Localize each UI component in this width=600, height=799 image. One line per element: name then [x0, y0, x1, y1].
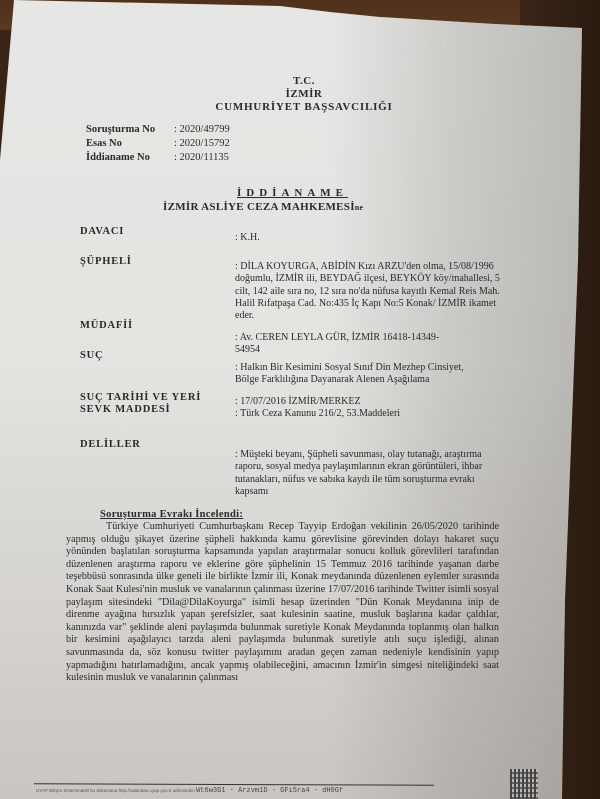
- header-office: CUMHURİYET BAŞSAVCILIĞI: [4, 101, 600, 113]
- label-sevk-maddesi: SEVK MADDESİ: [80, 404, 170, 415]
- footer-verification: UYAP Bilişim Sistemindeki bu dokümana ht…: [36, 787, 476, 795]
- header-tc: T.C.: [4, 75, 600, 87]
- document-content: T.C. İZMİR CUMHURİYET BAŞSAVCILIĞI Soruş…: [0, 0, 600, 799]
- label-deliller: DELİLLER: [80, 439, 141, 450]
- meta-sorusturma-no: Soruşturma No: 2020/49799: [86, 124, 230, 135]
- header-city: İZMİR: [4, 88, 600, 100]
- paper-sheet: T.C. İZMİR CUMHURİYET BAŞSAVCILIĞI Soruş…: [0, 0, 600, 799]
- footer-text: UYAP Bilişim Sistemindeki bu dokümana ht…: [36, 788, 195, 793]
- label-suc: SUÇ: [80, 350, 103, 361]
- meta-iddianame-no: İddianame No: 2020/11135: [86, 152, 229, 163]
- court-name: İZMİR ASLİYE CEZA MAHKEMESİne: [163, 201, 363, 213]
- value-mudafi: : Av. CEREN LEYLA GÜR, İZMİR 16418-14349…: [235, 332, 445, 357]
- meta-value: : 2020/11135: [174, 152, 229, 163]
- meta-esas-no: Esas No: 2020/15792: [86, 138, 230, 149]
- value-suc: : Halkın Bir Kesimini Sosyal Sınıf Din M…: [235, 362, 465, 387]
- value-supheli: : DİLA KOYURGA, ABİDİN Kızı ARZU'den olm…: [235, 261, 510, 322]
- footer-divider: [34, 783, 434, 785]
- label-mudafi: MÜDAFİİ: [80, 320, 133, 331]
- court-suffix: ne: [355, 203, 364, 212]
- document-title: İDDİANAME: [237, 187, 348, 199]
- value-sevk-maddesi: : Türk Ceza Kanunu 216/2, 53.Maddeleri: [235, 408, 510, 420]
- value-davaci: : K.H.: [235, 232, 510, 244]
- body-paragraph: Türkiye Cumhuriyeti Cumhurbaşkanı Recep …: [66, 521, 499, 685]
- value-suc-tarihi: : 17/07/2016 İZMİR/MERKEZ: [235, 396, 510, 408]
- meta-value: : 2020/15792: [174, 138, 230, 149]
- meta-label: İddianame No: [86, 152, 174, 163]
- footer-code: Wt6w3G1 - Arzvm1D - GFi5ra4 - dH0Gf: [196, 787, 343, 795]
- court-name-text: İZMİR ASLİYE CEZA MAHKEMESİ: [163, 201, 355, 213]
- body-text: Türkiye Cumhuriyeti Cumhurbaşkanı Recep …: [66, 521, 499, 685]
- label-suc-tarihi: SUÇ TARİHİ VE YERİ: [80, 392, 201, 403]
- label-davaci: DAVACI: [80, 226, 124, 237]
- label-supheli: ŞÜPHELİ: [80, 256, 132, 267]
- section-title: Soruşturma Evrakı İncelendi:: [100, 509, 243, 520]
- meta-label: Soruşturma No: [86, 124, 174, 135]
- qr-code-icon: [510, 769, 538, 799]
- meta-value: : 2020/49799: [174, 124, 230, 135]
- value-deliller: : Müşteki beyanı, Şüpheli savunması, ola…: [235, 449, 505, 498]
- meta-label: Esas No: [86, 138, 174, 149]
